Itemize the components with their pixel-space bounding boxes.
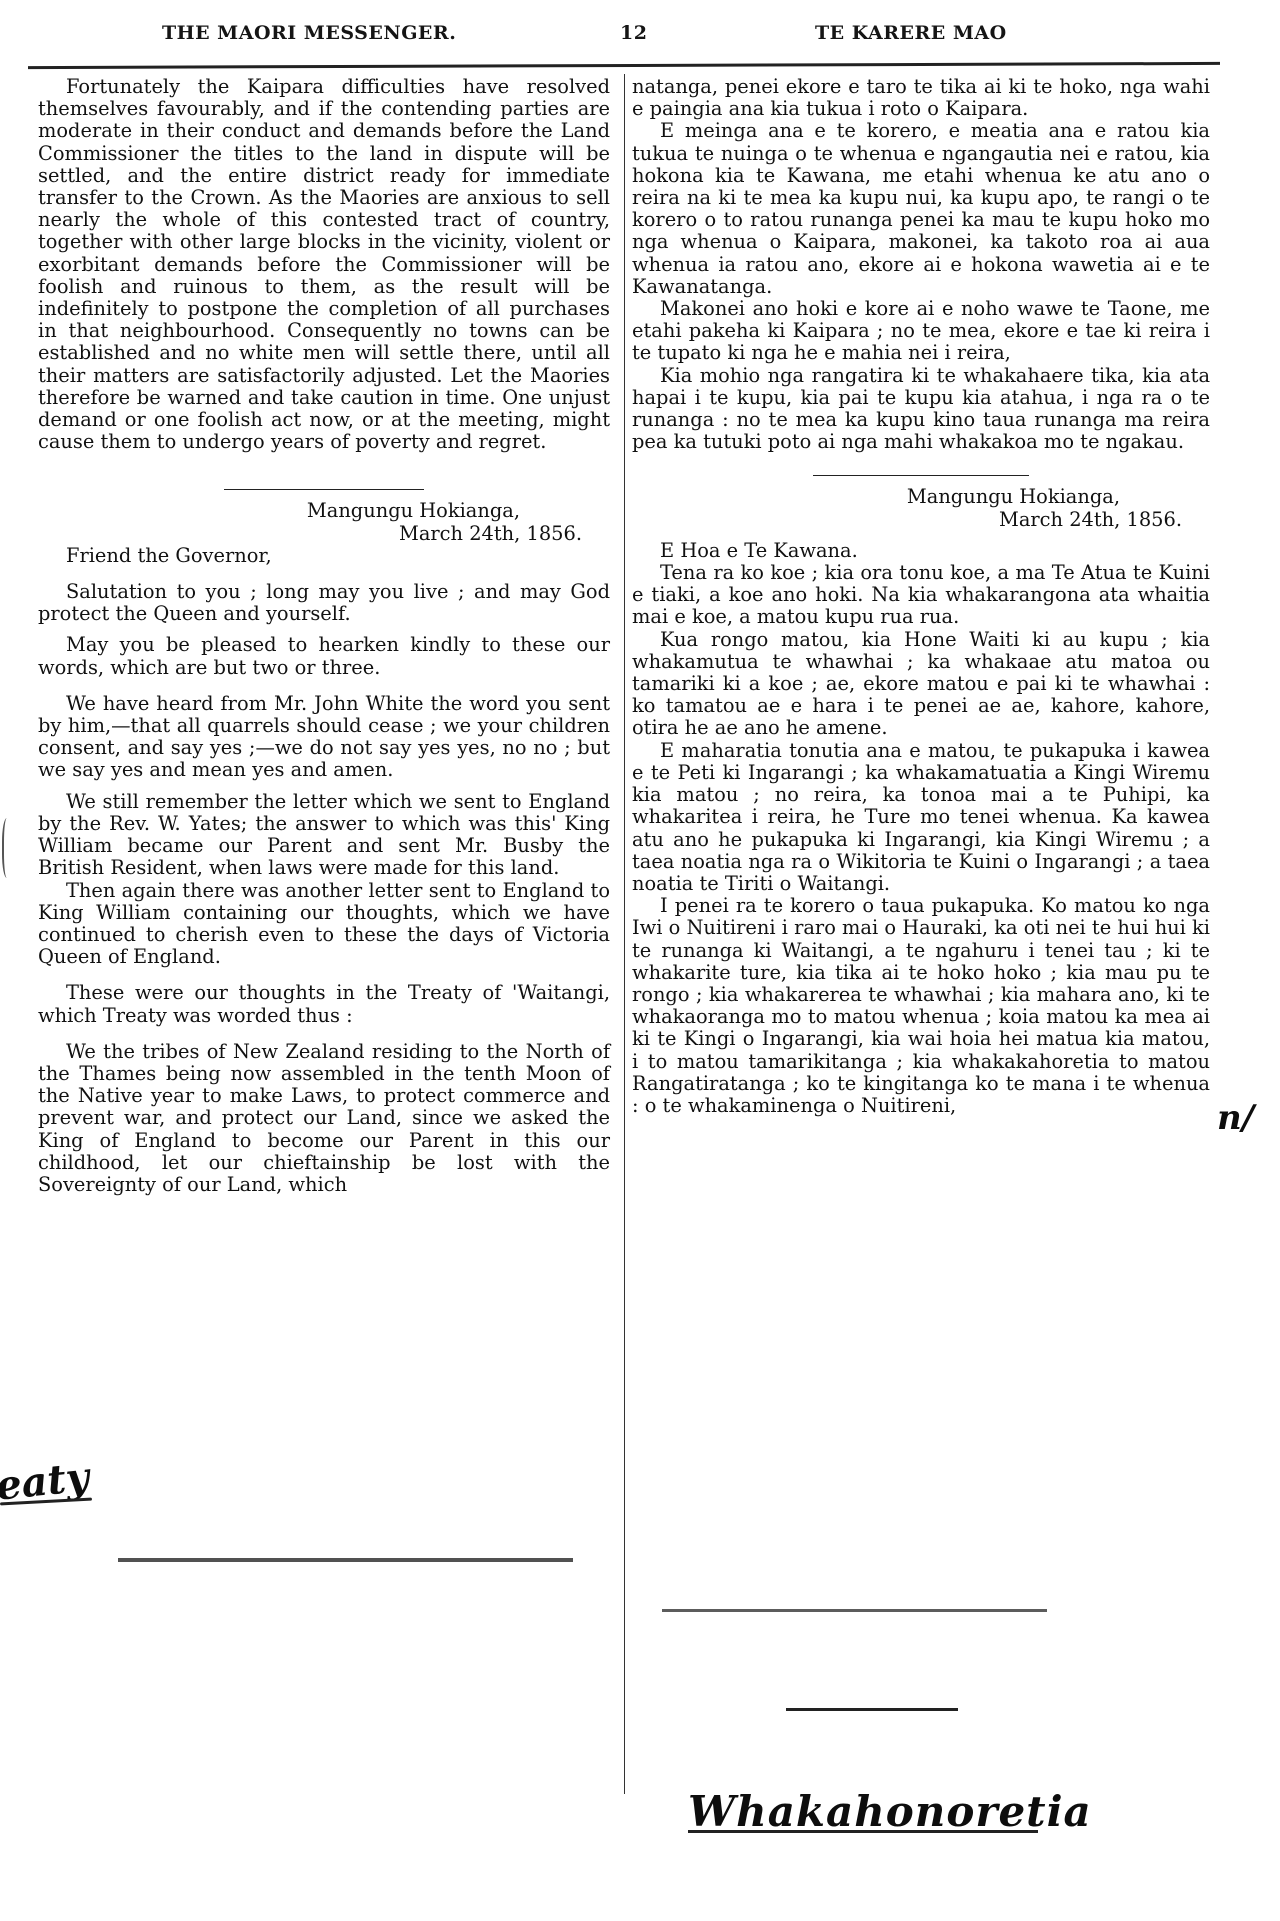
letter-paragraph: Kua rongo matou, kia Hone Waiti ki au ku… xyxy=(632,629,1210,740)
letter-paragraph: We still remember the letter which we se… xyxy=(38,791,610,880)
masthead-english-title: THE MAORI MESSENGER. xyxy=(162,22,456,44)
letter-paragraph: These were our thoughts in the Treaty of… xyxy=(38,982,610,1026)
letter-paragraph: May you be pleased to hearken kindly to … xyxy=(38,634,610,678)
masthead-maori-title: TE KARERE MAO xyxy=(815,22,1007,44)
letter-date: March 24th, 1856. xyxy=(38,523,610,545)
masthead-rule xyxy=(28,62,1220,69)
editorial-paragraph: natanga, penei ekore e taro te tika ai k… xyxy=(632,76,1210,120)
letter-heading: Mangungu Hokianga, March 24th, 1856. xyxy=(38,500,610,544)
handwritten-correction: Whakahonoretia xyxy=(688,1787,1092,1836)
editorial-paragraph: Kia mohio nga rangatira ki te whakahaere… xyxy=(632,365,1210,454)
letter-paragraph: We have heard from Mr. John White the wo… xyxy=(38,693,610,782)
letter-paragraph: Then again there was another letter sent… xyxy=(38,880,610,969)
page-number: 12 xyxy=(620,22,647,44)
margin-bracket-mark xyxy=(2,818,14,878)
letter-date: March 24th, 1856. xyxy=(632,509,1210,531)
letter-heading: Mangungu Hokianga, March 24th, 1856. xyxy=(632,486,1210,530)
handwritten-strikethrough xyxy=(118,1558,573,1562)
english-column: Fortunately the Kaipara difficulties hav… xyxy=(38,76,610,1196)
handwritten-underline xyxy=(662,1609,1047,1612)
editorial-paragraph: E meinga ana e te korero, e meatia ana e… xyxy=(632,120,1210,298)
letter-paragraph: Tena ra ko koe ; kia ora tonu koe, a ma … xyxy=(632,562,1210,629)
editorial-paragraph: Makonei ano hoki e kore ai e noho wawe t… xyxy=(632,298,1210,365)
handwritten-underline xyxy=(786,1708,958,1711)
handwritten-margin-note: n/ xyxy=(1217,1098,1254,1138)
treaty-quote-paragraph: We the tribes of New Zealand residing to… xyxy=(38,1041,610,1196)
letter-paragraph: Salutation to you ; long may you live ; … xyxy=(38,581,610,625)
editorial-paragraph: Fortunately the Kaipara difficulties hav… xyxy=(38,76,610,453)
letter-place: Mangungu Hokianga, xyxy=(38,500,610,522)
letter-paragraph: I penei ra te korero o taua pukapuka. Ko… xyxy=(632,895,1210,1117)
letter-paragraph: E maharatia tonutia ana e matou, te puka… xyxy=(632,740,1210,895)
letter-salutation: E Hoa e Te Kawana. xyxy=(632,540,1210,562)
maori-column: natanga, penei ekore e taro te tika ai k… xyxy=(632,76,1210,1117)
handwritten-underline xyxy=(688,1830,1038,1833)
column-divider xyxy=(624,74,625,1794)
letter-salutation: Friend the Governor, xyxy=(38,545,610,567)
letter-place: Mangungu Hokianga, xyxy=(632,486,1210,508)
masthead: THE MAORI MESSENGER. 12 TE KARERE MAO xyxy=(0,22,1280,52)
